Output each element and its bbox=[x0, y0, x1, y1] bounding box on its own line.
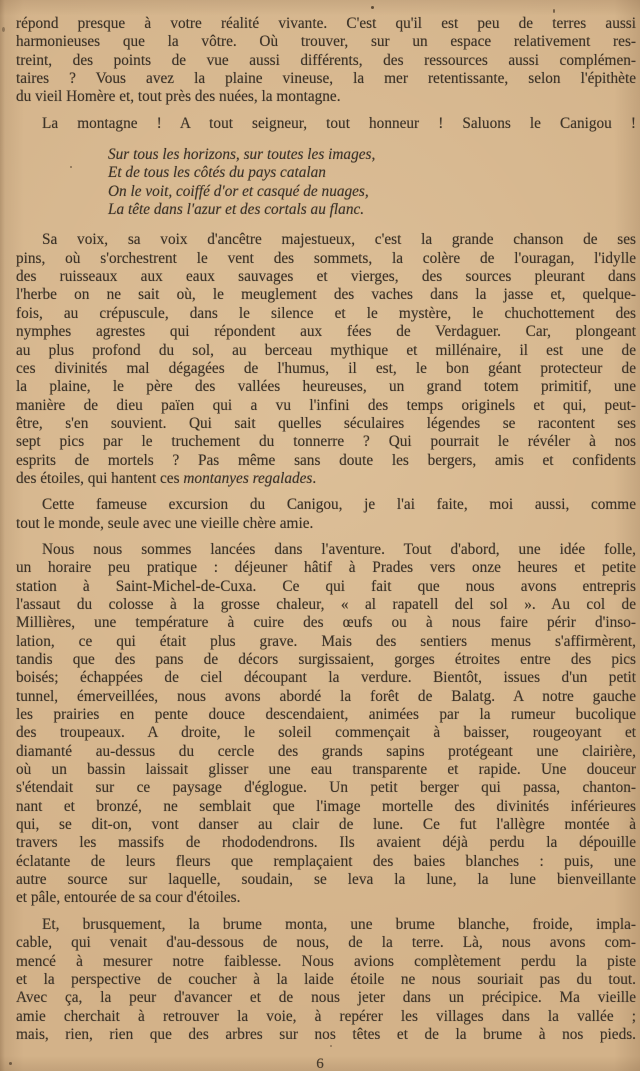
text-line: nant et bronzé, ne semblait que l'image … bbox=[16, 798, 636, 816]
text-line: esprits de mortels ? Pas même sans doute… bbox=[16, 452, 636, 470]
paragraph: Nous nous sommes lancées dans l'aventure… bbox=[16, 541, 636, 908]
text-line: et la perspective de coucher à la laide … bbox=[16, 971, 636, 989]
text-line: station à Saint-Michel-de-Cuxa. Ce qui f… bbox=[16, 578, 636, 596]
text-line: où un bassin laissait glisser une eau tr… bbox=[16, 761, 636, 779]
text-line: l'assaut du colosse à la grosse chaleur,… bbox=[16, 596, 636, 614]
scan-speck bbox=[2, 27, 5, 32]
text-line: treint, des points de vue aussi différen… bbox=[16, 52, 636, 70]
text-line: tandis que des pans de décors surgissaie… bbox=[16, 651, 636, 669]
text-line: cable, qui venait d'au-dessous de nous, … bbox=[16, 934, 636, 952]
text-line: Cette fameuse excursion du Canigou, je l… bbox=[16, 496, 636, 514]
text-line: des étoiles, qui hantent ces montanyes r… bbox=[16, 470, 636, 488]
text-line: tout le monde, seule avec une vieille ch… bbox=[16, 515, 636, 533]
text-line: un horaire peu pratique : déjeuner hâtif… bbox=[16, 559, 636, 577]
page-number: 6 bbox=[0, 1056, 640, 1071]
text-line: des troupeaux. A droite, le soleil comme… bbox=[16, 724, 636, 742]
text-line: Nous nous sommes lancées dans l'aventure… bbox=[16, 541, 636, 559]
text-line: sept pics par le truchement du tonnerre … bbox=[16, 433, 636, 451]
scan-speck bbox=[9, 1062, 12, 1065]
text-line: éclatante de leurs fleurs que remplaçaie… bbox=[16, 853, 636, 871]
text-line: harmonieuses que la vôtre. Où trouver, s… bbox=[16, 33, 636, 51]
paragraph: Et, brusquement, la brume monta, une bru… bbox=[16, 916, 636, 1044]
text-line: mais, rien, rien que des arbres sur nos … bbox=[16, 1026, 636, 1044]
text-line: Sur tous les horizons, sur toutes les im… bbox=[108, 146, 636, 164]
text-line: répond presque à votre réalité vivante. … bbox=[16, 15, 636, 33]
verse-block: Sur tous les horizons, sur toutes les im… bbox=[108, 146, 636, 219]
text-line: Millières, une température à cuire des œ… bbox=[16, 614, 636, 632]
paragraph: Sa voix, sa voix d'ancêtre majestueux, c… bbox=[16, 231, 636, 488]
text-line: au plus profond du sol, au berceau mythi… bbox=[16, 342, 636, 360]
text-line: nymphes agrestes qui répondent aux fées … bbox=[16, 323, 636, 341]
text-line: taires ? Vous avez la plaine vineuse, la… bbox=[16, 70, 636, 88]
scanned-book-page: { "page": { "paper_color": "#d3b289", "i… bbox=[0, 0, 640, 1071]
text-line: qui, se dit-on, vont danser au clair de … bbox=[16, 816, 636, 834]
text-line: l'herbe on ne sait où, le meuglement des… bbox=[16, 286, 636, 304]
text-line: lation, ce qui était plus grave. Mais de… bbox=[16, 633, 636, 651]
paragraph: Cette fameuse excursion du Canigou, je l… bbox=[16, 496, 636, 533]
scan-speck bbox=[70, 166, 72, 168]
text-line: diamanté au-dessus du cercle des grands … bbox=[16, 743, 636, 761]
text-line: s'étendait sur ce paysage d'églogue. Un … bbox=[16, 779, 636, 797]
text-line: des ruisseaux aux eaux sauvages et vierg… bbox=[16, 268, 636, 286]
text-line: et pâle, entourée de sa cour d'étoiles. bbox=[16, 889, 636, 907]
text-line: Et de tous les côtés du pays catalan bbox=[108, 164, 636, 182]
scan-speck bbox=[371, 6, 374, 9]
text-line: La tête dans l'azur et des cortals au fl… bbox=[108, 201, 636, 219]
text-line: ces divinités mal dégagées de l'humus, i… bbox=[16, 360, 636, 378]
scan-speck bbox=[553, 9, 555, 13]
text-line: Et, brusquement, la brume monta, une bru… bbox=[16, 916, 636, 934]
text-line: pins, où s'orchestrent le vent des somme… bbox=[16, 250, 636, 268]
text-line: fois, au crépuscule, dans le silence et … bbox=[16, 305, 636, 323]
text-line: autre source sur laquelle, soudain, se l… bbox=[16, 871, 636, 889]
text-line: mencé à mesurer notre faiblesse. Nous av… bbox=[16, 953, 636, 971]
paragraph: répond presque à votre réalité vivante. … bbox=[16, 15, 636, 107]
text-line: du vieil Homère et, tout près des nuées,… bbox=[16, 88, 636, 106]
text-line: tunnel, émerveillées, nous avons abordé … bbox=[16, 688, 636, 706]
text-line: la plaine, le père des vallées heureuses… bbox=[16, 378, 636, 396]
text-line: Avec ça, la peur d'avancer et de nous je… bbox=[16, 989, 636, 1007]
text-line: boisés; échappées de ciel découpant la v… bbox=[16, 669, 636, 687]
scan-speck bbox=[330, 1045, 332, 1047]
text-line: amie cherchait à retrouver la voie, à re… bbox=[16, 1008, 636, 1026]
text-line: être, s'en souvient. Qui sait quelles sé… bbox=[16, 415, 636, 433]
text-line: travers les massifs de rhododendrons. Il… bbox=[16, 834, 636, 852]
text-line: Sa voix, sa voix d'ancêtre majestueux, c… bbox=[16, 231, 636, 249]
text-line: manière de dieu païen qui a vu l'infini … bbox=[16, 397, 636, 415]
text-column: répond presque à votre réalité vivante. … bbox=[16, 15, 636, 1044]
paragraph: La montagne ! A tout seigneur, tout honn… bbox=[16, 115, 636, 133]
text-line: On le voit, coiffé d'or et casqué de nua… bbox=[108, 183, 636, 201]
text-line: La montagne ! A tout seigneur, tout honn… bbox=[16, 115, 636, 133]
text-line: les prairies en pente douce descendaient… bbox=[16, 706, 636, 724]
